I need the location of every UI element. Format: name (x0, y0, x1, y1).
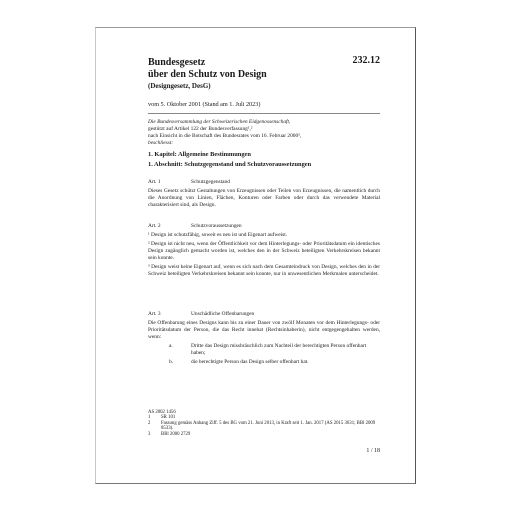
footnote: 3BBl 2000 2729 (148, 432, 376, 437)
article-3: Art. 3Unschädliche Offenbarungen Die Off… (148, 311, 380, 366)
law-title: Bundesgesetz über den Schutz von Design (148, 57, 267, 81)
article-paragraph: ² Design ist nicht neu, wenn der Öffentl… (148, 241, 380, 262)
preamble: Die Bundesversammlung der Schweizerische… (148, 119, 301, 147)
footnotes: AS 2002 1456 1SR 101 2Fassung gemäss Anh… (148, 410, 376, 437)
list-text: Dritte das Design missbräuchlich zum Nac… (191, 343, 380, 357)
short-title: (Designgesetz, DesG) (148, 82, 211, 90)
section-heading: 1. Abschnitt: Schutzgegenstand und Schut… (148, 160, 311, 170)
date-line: vom 5. Oktober 2001 (Stand am 1. Juli 20… (148, 101, 260, 108)
list-item: b.die berechtigte Person das Design selb… (148, 359, 380, 366)
article-number: Art. 2 (148, 223, 191, 230)
footnote-text: Fassung gemäss Anhang Ziff. 5 des BG vom… (161, 421, 376, 432)
footnote: 2Fassung gemäss Anhang Ziff. 5 des BG vo… (148, 421, 376, 432)
article-title: Schutzvoraussetzungen (191, 223, 242, 230)
footnote-number: 2 (148, 421, 161, 432)
list-item: a.Dritte das Design missbräuchlich zum N… (148, 343, 380, 357)
list-marker: b. (148, 359, 191, 366)
sr-number: 232.12 (353, 55, 381, 66)
article-2: Art. 2Schutzvoraussetzungen ¹ Design ist… (148, 223, 380, 278)
article-number: Art. 1 (148, 179, 191, 186)
preamble-line: beschliesst: (148, 140, 301, 147)
document-page: 232.12 Bundesgesetz über den Schutz von … (95, 27, 416, 484)
preamble-line: gestützt auf Artikel 122 der Bundesverfa… (148, 126, 301, 133)
page-number: 1 / 18 (366, 448, 380, 454)
divider (148, 113, 380, 114)
list-marker: a. (148, 343, 191, 357)
article-title: Schutzgegenstand (191, 179, 230, 186)
article-paragraph: ¹ Design ist schutzfähig, soweit es neu … (148, 232, 380, 239)
chapter-heading: 1. Kapitel: Allgemeine Bestimmungen (148, 150, 311, 160)
chapter-headings: 1. Kapitel: Allgemeine Bestimmungen 1. A… (148, 150, 311, 170)
title-line-1: Bundesgesetz (148, 57, 267, 69)
article-number: Art. 3 (148, 311, 191, 318)
title-line-2: über den Schutz von Design (148, 69, 267, 81)
footnote-text: BBl 2000 2729 (161, 432, 190, 437)
list-text: die berechtigte Person das Design selber… (191, 359, 309, 366)
article-paragraph: ³ Design weist keine Eigenart auf, wenn … (148, 264, 380, 278)
preamble-line: Die Bundesversammlung der Schweizerische… (148, 119, 301, 126)
article-paragraph: Dieses Gesetz schützt Gestaltungen von E… (148, 188, 380, 209)
article-title: Unschädliche Offenbarungen (191, 311, 254, 318)
footnote-number: 3 (148, 432, 161, 437)
article-paragraph: Die Offenbarung eines Designs kann bis z… (148, 320, 380, 341)
article-1: Art. 1Schutzgegenstand Dieses Gesetz sch… (148, 179, 380, 209)
preamble-line: nach Einsicht in die Botschaft des Bunde… (148, 133, 301, 140)
